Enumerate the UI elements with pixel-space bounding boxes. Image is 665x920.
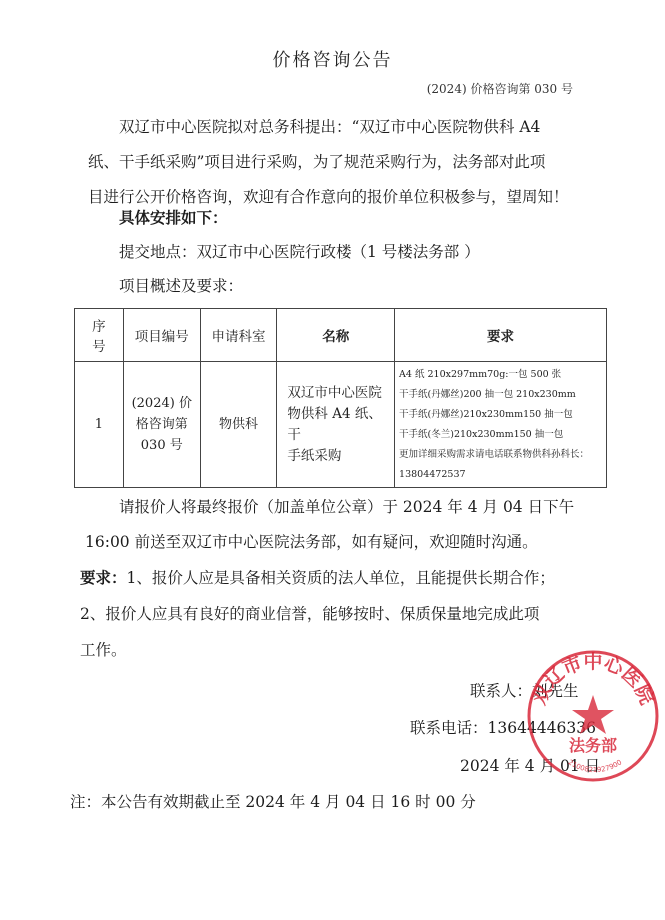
header-requirements: 要求 [395,309,607,362]
requirement-line: 13804472537 [399,465,602,485]
document-number: (2024) 价格咨询第 030 号 [427,80,573,97]
cell-seq: 1 [75,362,124,488]
cell-requirements: A4 纸 210x297mm70g:一包 500 张 干手纸(丹娜丝)200 抽… [395,362,607,488]
validity-note: 注：本公告有效期截止至 2024 年 4 月 04 日 16 时 00 分 [70,792,476,812]
deadline-line-1: 请报价人将最终报价（加盖单位公章）于 2024 年 4 月 04 日下午 [119,497,574,517]
requirement-line: 干手纸(丹娜丝)210x230mm150 抽一包 [399,405,602,425]
requirement-line: 干手纸(冬兰)210x230mm150 抽一包 [399,425,602,445]
header-project-no: 项目编号 [123,309,200,362]
intro-line-3: 目进行公开价格咨询，欢迎有合作意向的报价单位积极参与，望周知！ [88,187,569,207]
header-seq: 序 号 [75,309,124,362]
intro-line-2: 纸、干手纸采购”项目进行采购，为了规范采购行为，法务部对此项 [88,152,545,172]
contact-person: 联系人：刘先生 [470,681,579,701]
announcement-date: 2024 年 4 月 01 日 [460,756,600,776]
name-line: 物供科 A4 纸、干 [287,404,394,446]
requirements-label: 要求： [80,568,127,587]
project-no-line: 030 号 [124,435,200,456]
project-no-line: 格咨询第 [124,414,200,435]
overview-heading: 项目概述及要求： [119,276,243,296]
cell-project-no: (2024) 价 格咨询第 030 号 [123,362,200,488]
project-table: 序 号 项目编号 申请科室 名称 要求 1 (2024) 价 格咨询第 030 … [74,308,607,488]
requirement-line: 干手纸(丹娜丝)200 抽一包 210x230mm [399,385,602,405]
requirements-line-2: 2、报价人应具有良好的商业信誉，能够按时、保质保量地完成此项 [80,604,539,624]
contact-phone: 联系电话：13644446336 [410,718,596,738]
table-header-row: 序 号 项目编号 申请科室 名称 要求 [75,309,607,362]
project-no-line: (2024) 价 [124,393,200,414]
requirements-line-1: 要求：1、报价人应是具备相关资质的法人单位，且能提供长期合作； [80,568,555,588]
name-line: 双辽市中心医院 [287,383,394,404]
requirements-line-3: 工作。 [80,640,127,660]
header-department: 申请科室 [200,309,277,362]
cell-department: 物供科 [200,362,277,488]
deadline-line-2: 16:00 前送至双辽市中心医院法务部，如有疑问，欢迎随时沟通。 [85,532,538,552]
header-seq-line1: 序 [75,315,123,335]
document-title: 价格咨询公告 [0,46,665,72]
submission-location: 提交地点：双辽市中心医院行政楼（1 号楼法务部 ） [119,242,480,262]
stamp-dept-text: 法务部 [569,736,617,755]
requirement-line: A4 纸 210x297mm70g:一包 500 张 [399,365,602,385]
requirement-line: 更加详细采购需求请电话联系物供科孙科长： [399,445,602,465]
header-seq-line2: 号 [75,335,123,355]
table-row: 1 (2024) 价 格咨询第 030 号 物供科 双辽市中心医院 物供科 A4… [75,362,607,488]
name-line: 手纸采购 [287,446,394,467]
cell-name: 双辽市中心医院 物供科 A4 纸、干 手纸采购 [277,362,395,488]
arrangement-heading: 具体安排如下： [119,208,228,228]
header-name: 名称 [277,309,395,362]
intro-line-1: 双辽市中心医院拟对总务科提出：“双辽市中心医院物供科 A4 [119,117,540,137]
requirements-item-1: 1、报价人应是具备相关资质的法人单位，且能提供长期合作； [127,569,555,587]
